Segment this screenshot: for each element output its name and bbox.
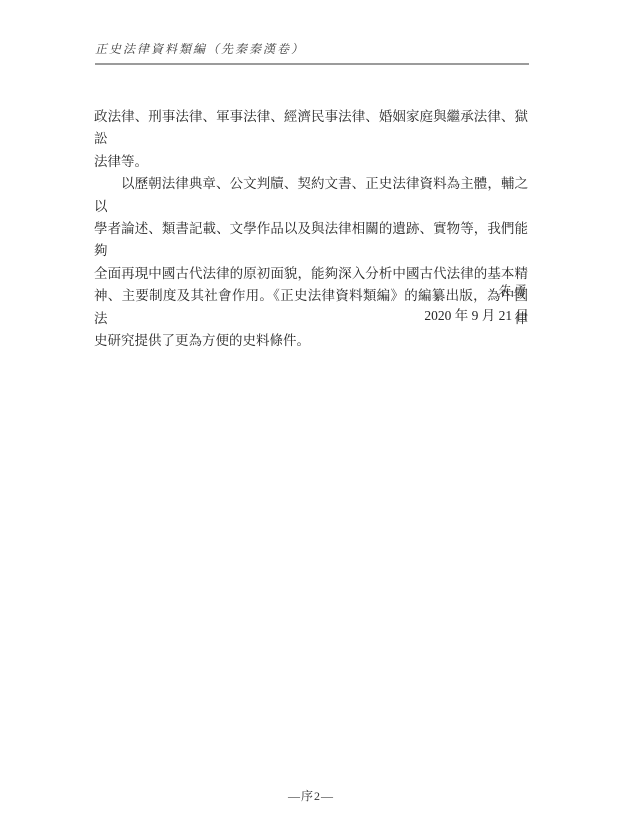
signature-date: 2020 年 9 月 21 日 [424,303,529,328]
author-name: 朱勇 [424,278,529,303]
body-line: 法律等。 [94,151,528,173]
page-number: —序2— [288,789,334,803]
body-line: 史研究提供了更為方便的史料條件。 [94,330,528,352]
page-header: 正史法律資料類編（先秦秦漢卷） [95,42,529,65]
body-line: 學者論述、類書記載、文學作品以及與法律相關的遺跡、實物等，我們能夠 [94,218,528,263]
body-line: 以歷朝法律典章、公文判牘、契約文書、正史法律資料為主體，輔之以 [94,173,528,218]
page-footer: —序2— [0,787,622,805]
running-title: 正史法律資料類編（先秦秦漢卷） [95,42,529,56]
signature-block: 朱勇 2020 年 9 月 21 日 [424,278,529,328]
document-page: 正史法律資料類編（先秦秦漢卷） 政法律、刑事法律、軍事法律、經濟民事法律、婚姻家… [0,0,622,828]
body-line: 政法律、刑事法律、軍事法律、經濟民事法律、婚姻家庭與繼承法律、獄訟 [94,106,528,151]
